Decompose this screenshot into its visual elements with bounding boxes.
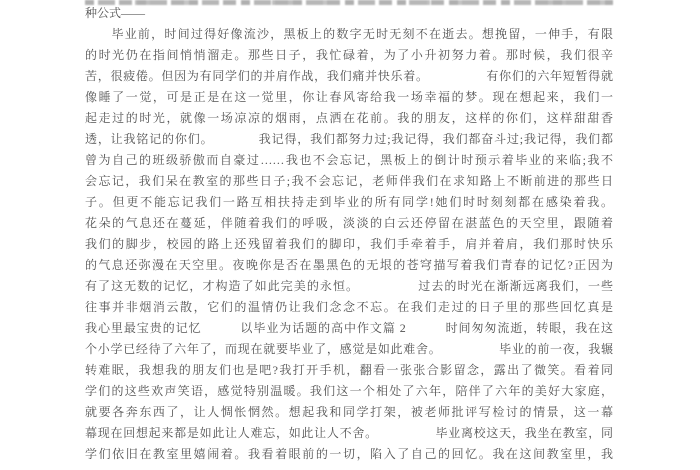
text-line: 毕业前，时间过得好像流沙，黑板上的数字无时无刻不在逝去。想挽留，一伸手，有限	[85, 24, 613, 45]
text-line: 幕现在回想起来都是如此让人难忘，如此让人不舍。 毕业离校这天，我坐在教室，同	[85, 423, 613, 444]
text-line: 像睡了一觉，可是正是在这一觉里，你让春风寄给我一场幸福的梦。现在想起来，我们一	[85, 87, 613, 108]
text-line: 我心里最宝贵的记忆 以毕业为话题的高中作文篇 2 时间匆匆流逝，转眼，我在这	[85, 318, 613, 339]
text-line: 会忘记，我们呆在教室的那些日子;我不会忘记，老师伴我们在求知路上不断前进的那些日	[85, 171, 613, 192]
text-line: 种公式——	[85, 3, 613, 24]
text-line: 透，让我铭记的你们。 我记得，我们都努力过;我记得，我们都奋斗过;我记得，我们都	[85, 129, 613, 150]
text-line: 学们的这些欢声笑语，感觉特别温暖。我们这一个相处了六年，陪伴了六年的美好大家庭，	[85, 381, 613, 402]
text-line: 子。但更不能忘记我们一路互相扶持走到毕业的所有同学!她们时时刻刻都在感染着我。	[85, 192, 613, 213]
text-line: 苦，很疲倦。但因为有同学们的并肩作战，我们痛并快乐着。 有你们的六年短暂得就	[85, 66, 613, 87]
essay-text-block: 种公式—— 毕业前，时间过得好像流沙，黑板上的数字无时无刻不在逝去。想挽留，一伸…	[85, 3, 613, 465]
text-line: 个小学已经待了六年了，而现在就要毕业了，感觉是如此难舍。 毕业的前一夜，我辗	[85, 339, 613, 360]
text-line: 往事并非烟消云散，它们的温情仍让我们念念不忘。在我们走过的日子里的那些回忆真是	[85, 297, 613, 318]
text-line: 就要各奔东西了，让人惆怅惘然。想起我和同学打架，被老师批评写检讨的情景，这一幕	[85, 402, 613, 423]
text-line: 有了这无数的记忆，才构造了如此完美的永恒。 过去的时光在渐渐远离我们，一些	[85, 276, 613, 297]
text-line: 的气息还弥漫在天空里。夜晚你是否在墨黑色的无垠的苍穹描写着我们青春的记忆?正因为	[85, 255, 613, 276]
document-page: 种公式—— 毕业前，时间过得好像流沙，黑板上的数字无时无刻不在逝去。想挽留，一伸…	[0, 0, 700, 470]
text-line: 转难眠，我想我的朋友们也是吧?我打开手机，翻看一张张合影留念，露出了微笑。看着同	[85, 360, 613, 381]
text-line: 的时光仍在指间悄悄溜走。那些日子，我忙碌着，为了小升初努力着。那时候，我们很辛	[85, 45, 613, 66]
text-line: 起走过的时光，就像一场凉凉的烟雨，点洒在花前。我的朋友，这样的你们，这样甜甜香	[85, 108, 613, 129]
text-line: 我们的脚步，校园的路上还残留着我们的脚印，我们手牵着手，肩并着肩，我们那时快乐	[85, 234, 613, 255]
text-line: 曾为自己的班级骄傲而自豪过……我也不会忘记，黑板上的倒计时预示着毕业的来临;我不	[85, 150, 613, 171]
text-line: 学们依旧在教室里嬉闹着。我看着眼前的一切，陷入了自己的回忆。我在这间教室里，我	[85, 444, 613, 465]
text-line: 花朵的气息还在蔓延，伴随着我们的呼吸，淡淡的白云还停留在湛蓝色的天空里，跟随着	[85, 213, 613, 234]
